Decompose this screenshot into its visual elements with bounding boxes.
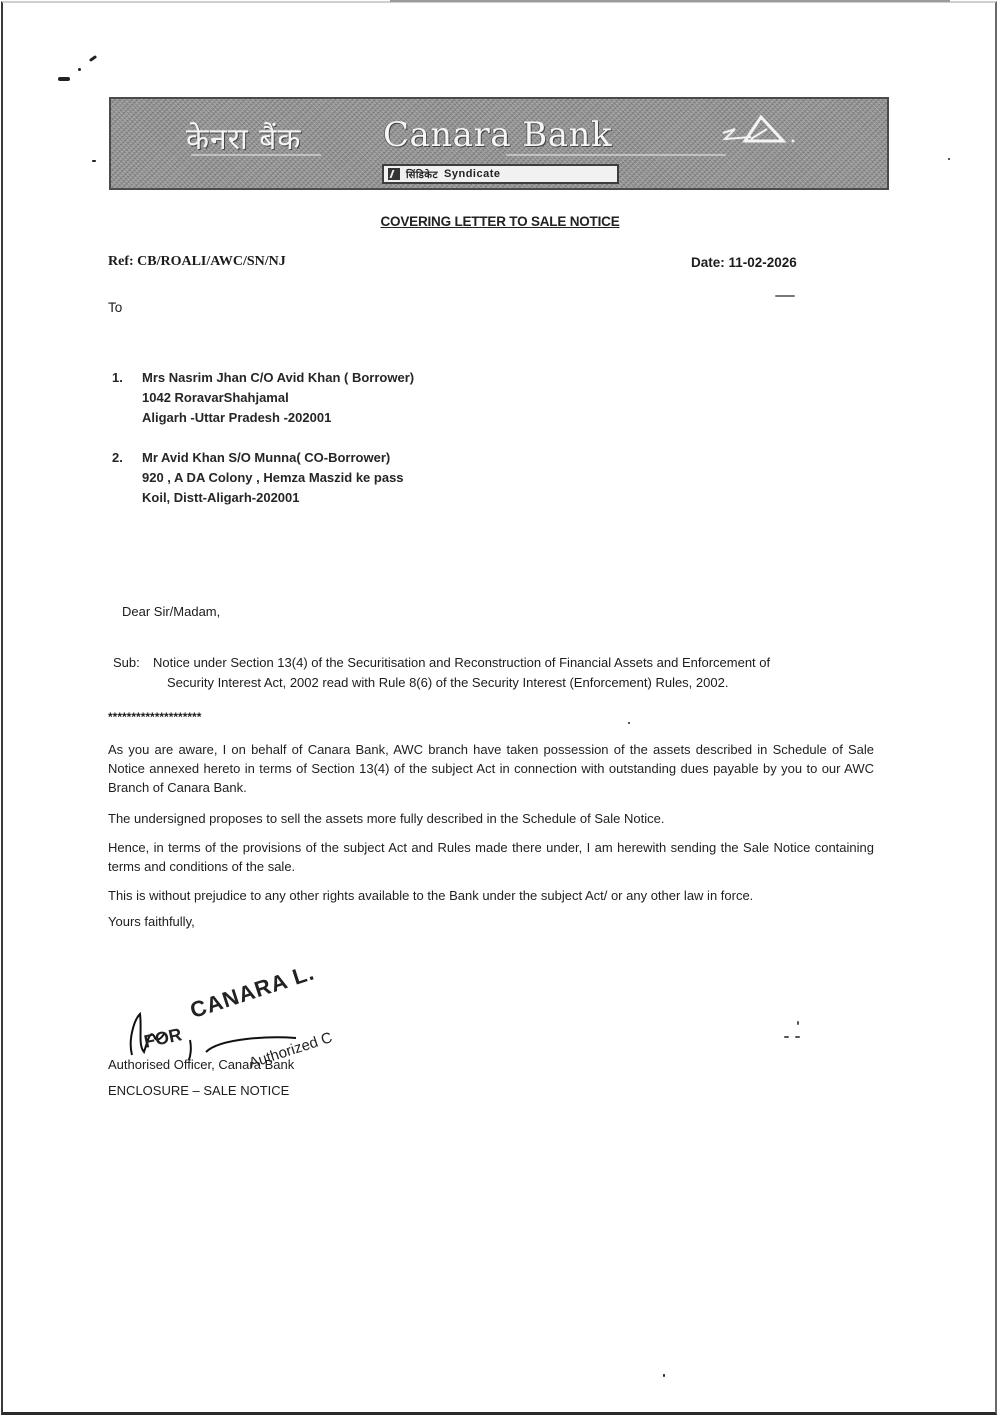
scan-mark bbox=[92, 160, 96, 162]
letterhead-banner: केनरा बैंक Canara Bank सिंडिकेट Syndicat… bbox=[109, 97, 889, 190]
scan-mark bbox=[797, 1021, 799, 1025]
syndicate-label-hindi: सिंडिकेट bbox=[406, 167, 438, 181]
addressee-number: 1. bbox=[112, 368, 136, 388]
enclosure-note: ENCLOSURE – SALE NOTICE bbox=[108, 1083, 289, 1098]
scan-mark bbox=[663, 1374, 665, 1377]
addressee-number: 2. bbox=[112, 448, 136, 468]
addressee-street: 920 , A DA Colony , Hemza Maszid ke pass bbox=[142, 468, 404, 488]
scan-mark bbox=[58, 77, 70, 81]
addressee-name: Mr Avid Khan S/O Munna( CO-Borrower) bbox=[142, 448, 404, 468]
syndicate-logo-icon bbox=[388, 168, 400, 180]
canara-bank-logo-icon bbox=[721, 111, 801, 151]
paragraph-possession: As you are aware, I on behalf of Canara … bbox=[108, 740, 874, 797]
reference-number: Ref: CB/ROALI/AWC/SN/NJ bbox=[108, 254, 286, 270]
tagline-english bbox=[506, 154, 726, 156]
paragraph-proposal: The undersigned proposes to sell the ass… bbox=[108, 809, 874, 828]
syndicate-label-english: Syndicate bbox=[444, 168, 500, 180]
addressee-city: Koil, Distt-Aligarh-202001 bbox=[142, 488, 404, 508]
paragraph-sale-notice: Hence, in terms of the provisions of the… bbox=[108, 838, 874, 876]
scan-mark bbox=[784, 1036, 789, 1038]
scan-mark bbox=[775, 295, 795, 297]
addressee-street: 1042 RoravarShahjamal bbox=[142, 388, 414, 408]
bank-name-english: Canara Bank bbox=[383, 115, 612, 155]
signature-block: CANARA L. FOR Authorised Officer, Canara… bbox=[100, 970, 420, 1120]
subject-line-2: Security Interest Act, 2002 read with Ru… bbox=[167, 673, 728, 693]
tagline-hindi bbox=[191, 154, 321, 156]
scan-mark bbox=[795, 1036, 800, 1038]
scan-mark bbox=[78, 68, 81, 71]
to-label: To bbox=[108, 300, 122, 315]
closing: Yours faithfully, bbox=[108, 914, 195, 929]
scan-mark bbox=[948, 158, 950, 160]
scan-mark bbox=[628, 722, 630, 724]
bank-name-hindi: केनरा बैंक bbox=[186, 117, 301, 158]
paragraph-without-prejudice: This is without prejudice to any other r… bbox=[108, 886, 874, 905]
letter-date: Date: 11-02-2026 bbox=[691, 255, 797, 270]
salutation: Dear Sir/Madam, bbox=[122, 604, 220, 619]
separator: ******************** bbox=[108, 710, 201, 724]
document-title: COVERING LETTER TO SALE NOTICE bbox=[0, 214, 1000, 229]
addressee-name: Mrs Nasrim Jhan C/O Avid Khan ( Borrower… bbox=[142, 368, 414, 388]
scan-edge-strip bbox=[390, 0, 950, 2]
subject-line-1: Notice under Section 13(4) of the Securi… bbox=[153, 653, 770, 673]
syndicate-merger-label: सिंडिकेट Syndicate bbox=[382, 164, 619, 184]
subject-label: Sub: bbox=[113, 653, 140, 673]
addressee-city: Aligarh -Uttar Pradesh -202001 bbox=[142, 408, 414, 428]
